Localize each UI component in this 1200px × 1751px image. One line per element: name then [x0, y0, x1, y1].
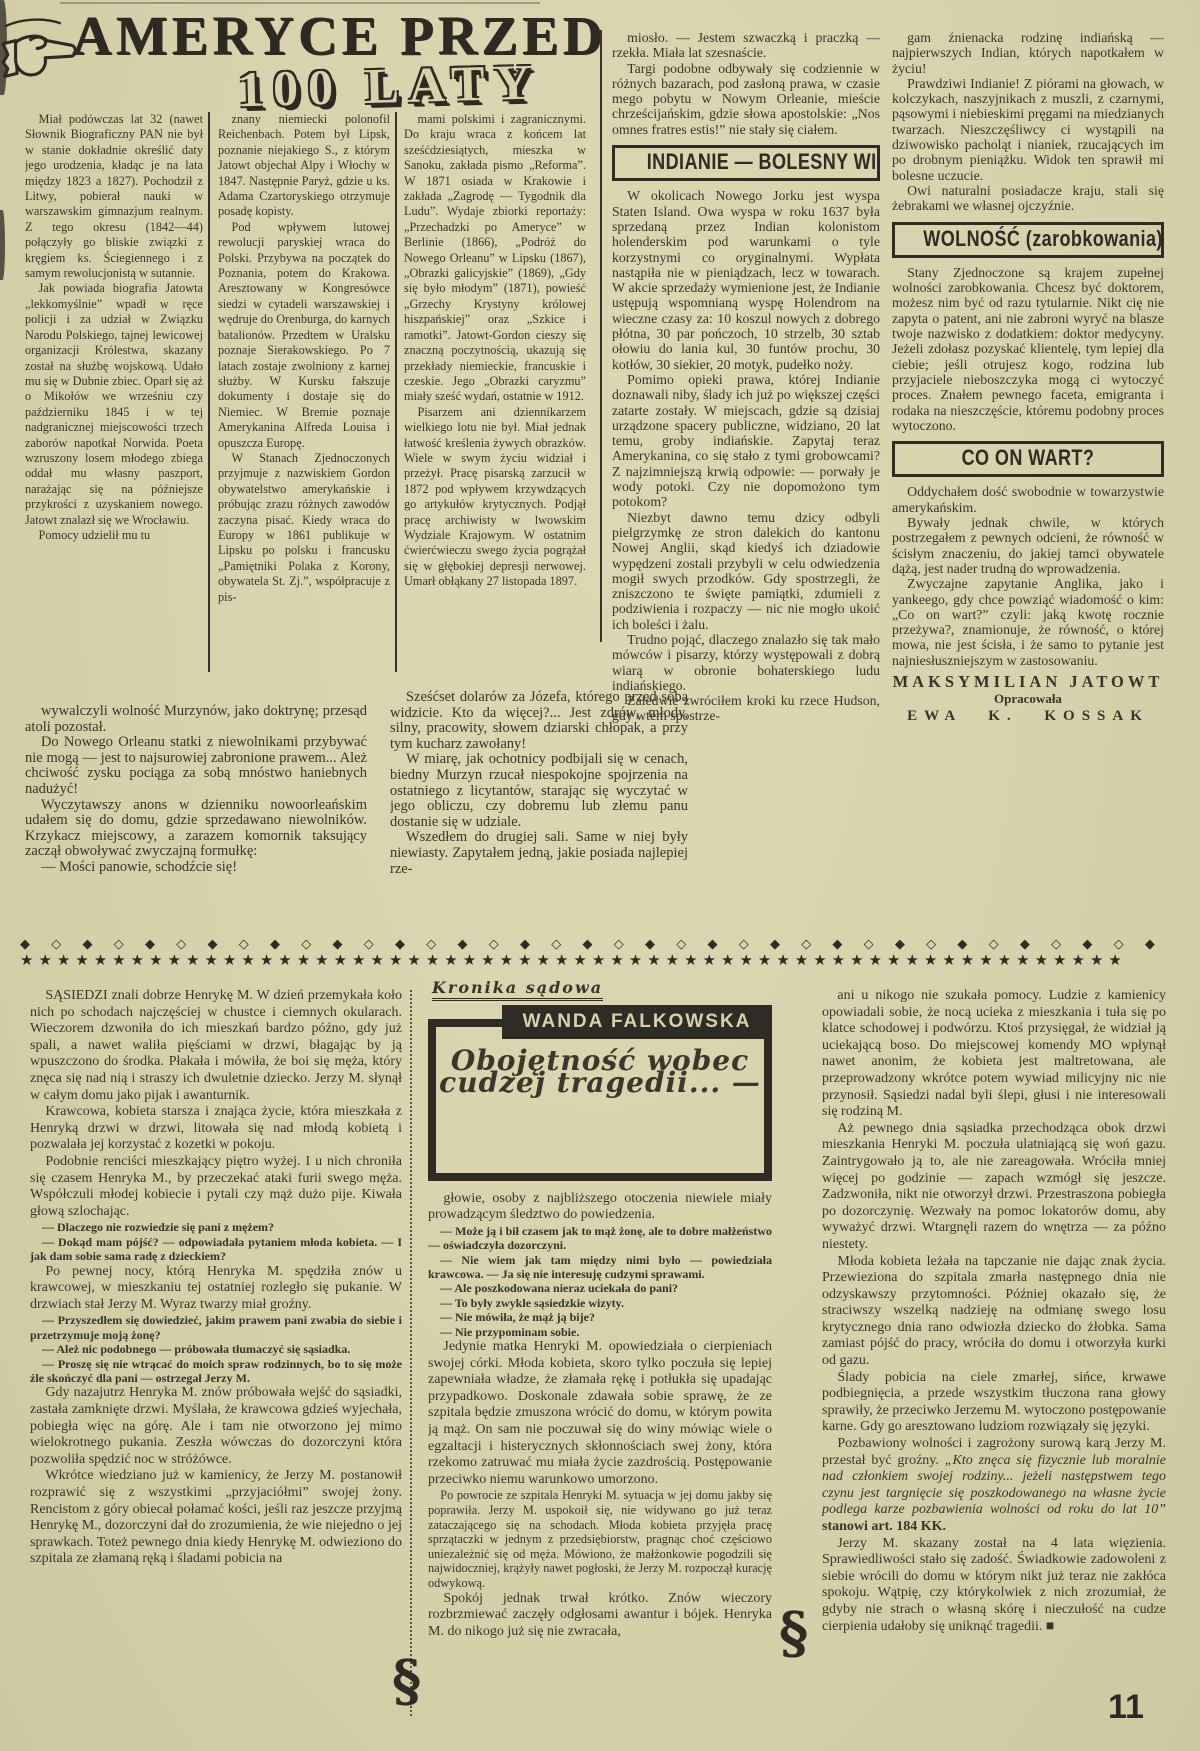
column-court-story-1: SĄSIEDZI znali dobrze Henrykę M. W dzień… — [30, 988, 402, 1748]
paragraph: Po powrocie ze szpitala Henryki M. sytua… — [428, 1488, 772, 1590]
scan-edge-mark — [0, 210, 5, 280]
paragraph: Bywały jednak chwile, w których postrzeg… — [892, 515, 1164, 576]
section-heading-text: CO ON WART? — [962, 450, 1095, 465]
paragraph: Po pewnej nocy, którą Henryka M. spędził… — [30, 1264, 402, 1314]
paragraph: W Stanach Zjednoczonych przyjmuje z nazw… — [218, 451, 390, 605]
divider-stars: ★★★★★★★★★★★★★★★★★★★★★★★★★★★★★★★★★★★★★★★★… — [20, 951, 1170, 970]
column-court-story-2: Kronika sądowa WANDA FALKOWSKA Obojętnoś… — [428, 980, 772, 1751]
paragraph: Gdy nazajutrz Henryka M. znów próbowała … — [30, 1385, 402, 1468]
paragraph: — Może ją i bił czasem jak to mąż żonę, … — [428, 1224, 772, 1253]
section-heading-text: INDIANIE — BOLESNY WIDOK — [647, 154, 880, 169]
paragraph: Opracowała — [892, 691, 1164, 706]
paragraph: Pozbawiony wolności i zagrożony surową k… — [822, 1436, 1166, 1536]
paragraph: Targi podobne odbywały się codziennie w … — [612, 61, 880, 137]
column-rule — [395, 112, 397, 672]
paragraph: Zwyczajne zapytanie Anglika, jako i yank… — [892, 576, 1164, 668]
kronika-author: WANDA FALKOWSKA — [502, 1005, 772, 1039]
paragraph: SĄSIEDZI znali dobrze Henrykę M. W dzień… — [30, 988, 402, 1104]
paragraph: W okolicach Nowego Jorku jest wyspa Stat… — [612, 188, 880, 372]
paragraph: Wyczytawszy anons w dzienniku nowoorleań… — [25, 798, 367, 860]
section-heading-box: WOLNOŚĆ (zarobkowania) — [892, 222, 1164, 258]
column-rule — [208, 112, 210, 672]
paragraph: Jerzy M. skazany został na 4 lata więzie… — [822, 1536, 1166, 1636]
column-memoir-excerpt-a: wywalczyli wolność Murzynów, jako doktry… — [25, 704, 367, 956]
paragraph: — Nie mówiła, że mąż ją bije? — [428, 1310, 772, 1324]
pointing-hand-icon — [0, 14, 78, 105]
page-number: 11 — [1108, 1688, 1144, 1727]
paragraph: Podobnie renciści mieszkający piętro wyż… — [30, 1154, 402, 1220]
paragraph: Oddychałem dość swobodnie w towarzystwie… — [892, 484, 1164, 515]
paragraph: Pod wpływem lutowej rewolucji paryskiej … — [218, 220, 390, 451]
paragraph: MAKSYMILIAN JATOWT — [892, 674, 1164, 689]
paragraph: — To były zwykłe sąsiedzkie wizyty. — [428, 1296, 772, 1310]
section-heading-box: INDIANIE — BOLESNY WIDOK — [612, 145, 880, 181]
paragraph: Stany Zjednoczone są krajem zupełnej wol… — [892, 265, 1164, 433]
paragraph: Zaledwie zwróciłem kroki ku rzece Hudson… — [612, 693, 880, 724]
paragraph: Młoda kobieta leżała na tapczanie nie da… — [822, 1254, 1166, 1370]
paragraph: Trudno pojąć, dlaczego znalazło się tak … — [612, 632, 880, 693]
paragraph: wywalczyli wolność Murzynów, jako doktry… — [25, 704, 367, 735]
paragraph: mami polskimi i zagranicznymi. Do kraju … — [404, 112, 586, 405]
headline-line2: 100 LATY — [237, 52, 568, 119]
paragraph: Niezbyt dawno temu dzicy odbyli pielgrzy… — [612, 510, 880, 632]
kronika-box: WANDA FALKOWSKA Obojętność wobec cudzej … — [428, 1019, 772, 1181]
kronika-title-line2: cudzej tragedii... — — [436, 1075, 764, 1092]
paragraph: Prawdziwi Indianie! Z piórami na głowach… — [892, 76, 1164, 183]
paragraph: Wkrótce wiedziano już w kamienicy, że Je… — [30, 1468, 402, 1568]
paragraph: Jak powiada biografia Jatowta „lekkomyśl… — [25, 281, 203, 528]
paragraph: EWA K. KOSSAK — [892, 709, 1164, 724]
paragraph: Miał podówczas lat 32 (nawet Słownik Bio… — [25, 112, 203, 281]
paragraph: Pomimo opieki prawa, której Indianie doz… — [612, 372, 880, 510]
divider-diamonds: ◆ ◇ ◆ ◇ ◆ ◇ ◆ ◇ ◆ ◇ ◆ ◇ ◆ ◇ ◆ ◇ ◆ ◇ ◆ ◇ … — [20, 936, 1170, 952]
section-paragraph-mark: § — [779, 1600, 808, 1666]
paragraph: głowie, osoby z najbliższego otoczenia n… — [428, 1191, 772, 1224]
paragraph: znany niemiecki polonofil Reichenbach. P… — [218, 112, 390, 220]
paragraph: — Dlaczego nie rozwiedzie się pani z męż… — [30, 1220, 402, 1234]
column-rule — [600, 30, 602, 642]
paragraph: — Nie wiem jak tam między nimi było — po… — [428, 1253, 772, 1282]
paragraph: Pomocy udzielił mu tu — [25, 528, 203, 543]
paragraph: Spokój jednak trwał krótko. Znów wieczor… — [428, 1591, 772, 1641]
paragraph: — Dokąd mam pójść? — odpowiadała pytanie… — [30, 1235, 402, 1264]
dotted-column-rule — [410, 990, 412, 1716]
paragraph: Do Nowego Orleanu statki z niewolnikami … — [25, 735, 367, 797]
section-heading-box: CO ON WART? — [892, 441, 1164, 477]
column-memoir-5: gam źnienacka rodzinę indiańską — najpie… — [892, 30, 1164, 956]
paragraph: — Mości panowie, schodźcie się! — [25, 860, 367, 876]
paragraph: ani u nikogo nie szukała pomocy. Ludzie … — [822, 988, 1166, 1121]
paragraph: — Ależ nic podobnego — próbowała tłumacz… — [30, 1342, 402, 1356]
column-biography-3: mami polskimi i zagranicznymi. Do kraju … — [404, 112, 586, 686]
paragraph: Aż pewnego dnia sąsiadka przechodząca ob… — [822, 1121, 1166, 1254]
paragraph: Owi naturalni posiadacze kraju, stali si… — [892, 183, 1164, 214]
section-paragraph-mark: § — [392, 1648, 421, 1714]
section-heading-text: WOLNOŚĆ (zarobkowania) — [923, 231, 1163, 246]
paragraph: gam źnienacka rodzinę indiańską — najpie… — [892, 30, 1164, 76]
kronika-sadowa-label: Kronika sądowa — [432, 980, 603, 1001]
paragraph: Ślady pobicia na ciele zmarłej, sińce, k… — [822, 1370, 1166, 1436]
paragraph: — Przyszedłem się dowiedzieć, jakim praw… — [30, 1313, 402, 1342]
column-biography-1: Miał podówczas lat 32 (nawet Słownik Bio… — [25, 112, 203, 698]
kronika-body: głowie, osoby z najbliższego otoczenia n… — [428, 1191, 772, 1641]
paragraph: Krawcowa, kobieta starsza i znająca życi… — [30, 1104, 402, 1154]
paragraph: Pisarzem ani dziennikarzem wielkiego lot… — [404, 405, 586, 590]
column-court-story-3: ani u nikogo nie szukała pomocy. Ludzie … — [822, 988, 1166, 1718]
column-memoir-4: miosło. — Jestem szwaczką i praczką — rz… — [612, 30, 880, 956]
paragraph: Jedynie matka Henryki M. opowiedziała o … — [428, 1339, 772, 1488]
paragraph: miosło. — Jestem szwaczką i praczką — rz… — [612, 30, 880, 61]
paragraph: — Ale poszkodowana nieraz uciekała do pa… — [428, 1281, 772, 1295]
column-biography-2: znany niemiecki polonofil Reichenbach. P… — [218, 112, 390, 686]
paragraph: — Proszę się nie wtrącać do moich spraw … — [30, 1357, 402, 1386]
paragraph: — Nie przypominam sobie. — [428, 1325, 772, 1339]
